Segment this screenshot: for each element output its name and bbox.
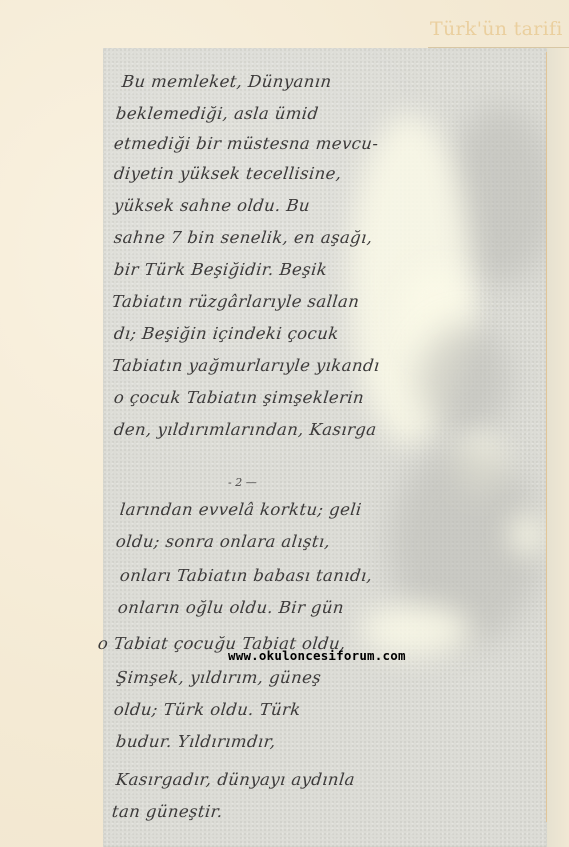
website-watermark: www.okuloncesiforum.com <box>228 648 406 663</box>
handwritten-line: sahne 7 bin senelik, en aşağı, <box>113 228 374 247</box>
handwritten-line: Bu memleket, Dünyanın <box>121 72 333 91</box>
handwritten-line: larından evvelâ korktu; geli <box>119 500 363 519</box>
handwritten-line: budur. Yıldırımdır, <box>115 732 277 751</box>
handwritten-line: dı; Beşiğin içindeki çocuk <box>113 324 340 343</box>
article-heading: Türk'ün tarifi <box>430 18 563 40</box>
handwritten-line: oldu; Türk oldu. Türk <box>113 700 302 719</box>
frame-border-line <box>546 52 547 822</box>
handwritten-line: yüksek sahne oldu. Bu <box>113 196 311 215</box>
handwritten-line: onların oğlu oldu. Bir gün <box>117 598 345 617</box>
handwritten-line: den, yıldırımlarından, Kasırga <box>113 420 378 439</box>
page-number-marker: - 2 — <box>228 476 257 489</box>
handwritten-line: Tabiatın yağmurlarıyle yıkandı <box>111 356 381 375</box>
handwritten-line: beklemediği, asla ümid <box>115 104 320 123</box>
handwritten-line: onları Tabiatın babası tanıdı, <box>119 566 373 585</box>
handwritten-line: oldu; sonra onlara alıştı, <box>115 532 331 551</box>
handwritten-line: Tabiatın rüzgârlarıyle sallan <box>111 292 360 311</box>
right-margin-strip <box>547 48 569 847</box>
handwritten-line: diyetin yüksek tecellisine, <box>113 164 343 183</box>
handwritten-line: tan güneştir. <box>111 802 224 821</box>
handwritten-line: etmediği bir müstesna mevcu- <box>113 134 379 153</box>
handwritten-line: bir Türk Beşiğidir. Beşik <box>113 260 328 279</box>
handwritten-line: Şimşek, yıldırım, güneş <box>115 668 322 687</box>
handwritten-line: o çocuk Tabiatın şimşeklerin <box>113 388 365 407</box>
handwritten-line: Kasırgadır, dünyayı aydınla <box>115 770 356 789</box>
